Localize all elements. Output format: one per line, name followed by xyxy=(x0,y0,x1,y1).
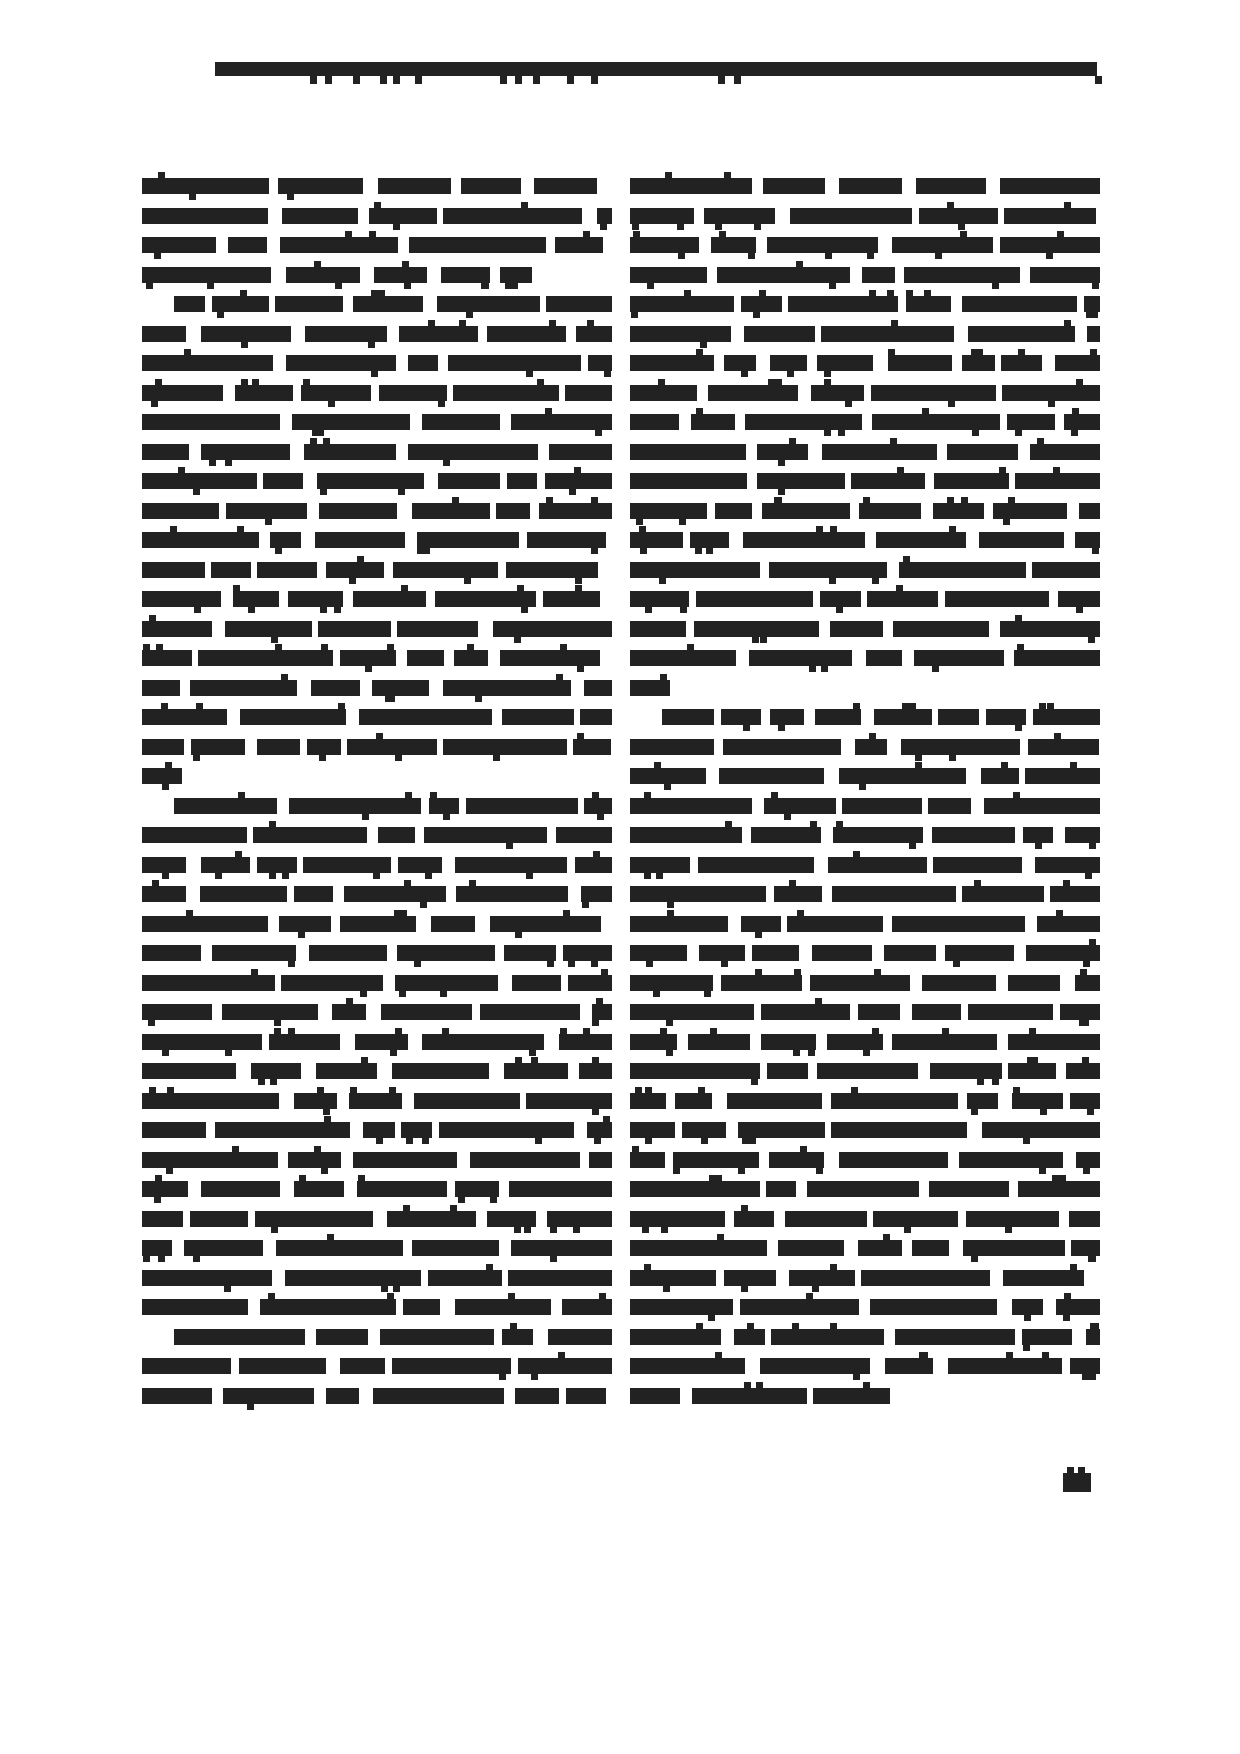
redacted-glyph-descender xyxy=(734,76,741,84)
redacted-text-line xyxy=(630,237,1100,253)
redacted-text-line xyxy=(142,296,612,312)
redacted-text-line xyxy=(142,798,612,814)
redacted-text-line xyxy=(630,916,1100,932)
redacted-text-line xyxy=(142,267,612,283)
redacted-text-line xyxy=(142,355,612,371)
redacted-text-line xyxy=(630,1122,1100,1138)
redacted-text-line xyxy=(142,414,612,430)
redacted-text-line xyxy=(630,1093,1100,1109)
redacted-text-line xyxy=(630,1063,1100,1079)
redacted-glyph-descender xyxy=(380,76,387,84)
redacted-text-line xyxy=(142,1388,612,1404)
redacted-text-line xyxy=(630,1270,1100,1286)
redacted-text-line xyxy=(630,326,1100,342)
redacted-text-line xyxy=(630,414,1100,430)
redacted-glyph-descender xyxy=(533,76,540,84)
redacted-glyph-descender xyxy=(1095,76,1102,84)
redacted-text-line xyxy=(630,178,1100,194)
redacted-text-line xyxy=(142,916,612,932)
redacted-text-line xyxy=(142,1329,612,1345)
redacted-text-line xyxy=(630,385,1100,401)
redacted-text-line xyxy=(142,768,612,784)
redacted-text-line xyxy=(630,562,1100,578)
redacted-glyph-descender xyxy=(515,76,522,84)
redacted-text-line xyxy=(630,827,1100,843)
redacted-text-line xyxy=(630,709,1100,725)
redacted-text-line xyxy=(142,1299,612,1315)
redacted-text-line xyxy=(142,1122,612,1138)
redacted-glyph-descender xyxy=(567,76,574,84)
redacted-text-line xyxy=(142,591,612,607)
redacted-text-line xyxy=(142,650,612,666)
redacted-text-line xyxy=(142,886,612,902)
redacted-glyph-descender xyxy=(500,76,507,84)
redacted-text-line xyxy=(142,532,612,548)
redacted-text-line xyxy=(142,1358,612,1374)
document-page: [redacted running header] [redacted para… xyxy=(0,0,1240,1754)
redacted-glyph-descender xyxy=(415,76,422,84)
redacted-text-line xyxy=(630,208,1100,224)
redacted-text-line xyxy=(630,798,1100,814)
redacted-text-line xyxy=(630,945,1100,961)
redacted-text-line xyxy=(630,1240,1100,1256)
redacted-text-line xyxy=(630,532,1100,548)
redacted-text-line xyxy=(630,473,1100,489)
redacted-text-line xyxy=(630,1299,1100,1315)
redacted-text-line xyxy=(142,1270,612,1286)
redacted-text-line xyxy=(142,444,612,460)
redacted-glyph-descender xyxy=(718,76,725,84)
redacted-text-line xyxy=(142,1063,612,1079)
redacted-text-line xyxy=(630,503,1100,519)
running-header: [redacted running header] xyxy=(215,62,1097,78)
redacted-text-line xyxy=(142,739,612,755)
redacted-text-line xyxy=(142,562,612,578)
redacted-glyph-descender xyxy=(591,76,598,84)
redacted-glyph-descender xyxy=(393,76,400,84)
redacted-text-line xyxy=(142,1211,612,1227)
left-column: [redacted paragraph 1 — 4 lines] xyxy=(142,178,612,1417)
redacted-text-line xyxy=(142,827,612,843)
redacted-text-line xyxy=(142,326,612,342)
redacted-text-line xyxy=(142,945,612,961)
redacted-text-line xyxy=(142,178,612,194)
page-number: [redacted page number] xyxy=(1063,1473,1091,1492)
redacted-glyph-descender xyxy=(310,76,317,84)
redacted-text-line xyxy=(142,237,612,253)
redacted-text-line xyxy=(630,650,1100,666)
redacted-text-line xyxy=(630,1152,1100,1168)
redacted-text-line xyxy=(630,768,1100,784)
redacted-text-line xyxy=(630,680,1100,696)
redacted-text-line xyxy=(142,208,612,224)
redacted-text-line xyxy=(142,621,612,637)
redacted-text-line xyxy=(142,1093,612,1109)
redacted-text-line xyxy=(630,591,1100,607)
redacted-header-text xyxy=(215,62,1097,76)
redacted-text-line xyxy=(630,1329,1100,1345)
redacted-text-line xyxy=(142,857,612,873)
redacted-text-line xyxy=(142,385,612,401)
redacted-text-line xyxy=(142,1152,612,1168)
redacted-text-line xyxy=(630,1034,1100,1050)
redacted-text-line xyxy=(630,267,1100,283)
redacted-text-line xyxy=(630,1181,1100,1197)
redacted-text-line xyxy=(630,355,1100,371)
redacted-text-line xyxy=(142,680,612,696)
redacted-text-line xyxy=(630,739,1100,755)
redacted-text-line xyxy=(630,857,1100,873)
redacted-text-line xyxy=(630,444,1100,460)
redacted-text-line xyxy=(630,1388,1100,1404)
redacted-text-line xyxy=(142,709,612,725)
redacted-text-line xyxy=(142,503,612,519)
redacted-glyph-descender xyxy=(353,76,360,84)
redacted-text-line xyxy=(142,473,612,489)
redacted-glyph-descender xyxy=(325,76,332,84)
redacted-text-line xyxy=(630,296,1100,312)
redacted-text-line xyxy=(630,621,1100,637)
right-column: [redacted continuation paragraph — 18 li… xyxy=(630,178,1100,1417)
redacted-text-line xyxy=(630,1211,1100,1227)
redacted-text-line xyxy=(142,1004,612,1020)
redacted-text-line xyxy=(142,1240,612,1256)
redacted-text-line xyxy=(630,886,1100,902)
redacted-text-line xyxy=(630,1004,1100,1020)
redacted-text-line xyxy=(142,1181,612,1197)
redacted-text-line xyxy=(630,975,1100,991)
redacted-text-line xyxy=(142,1034,612,1050)
redacted-text-line xyxy=(142,975,612,991)
redacted-text-line xyxy=(630,1358,1100,1374)
